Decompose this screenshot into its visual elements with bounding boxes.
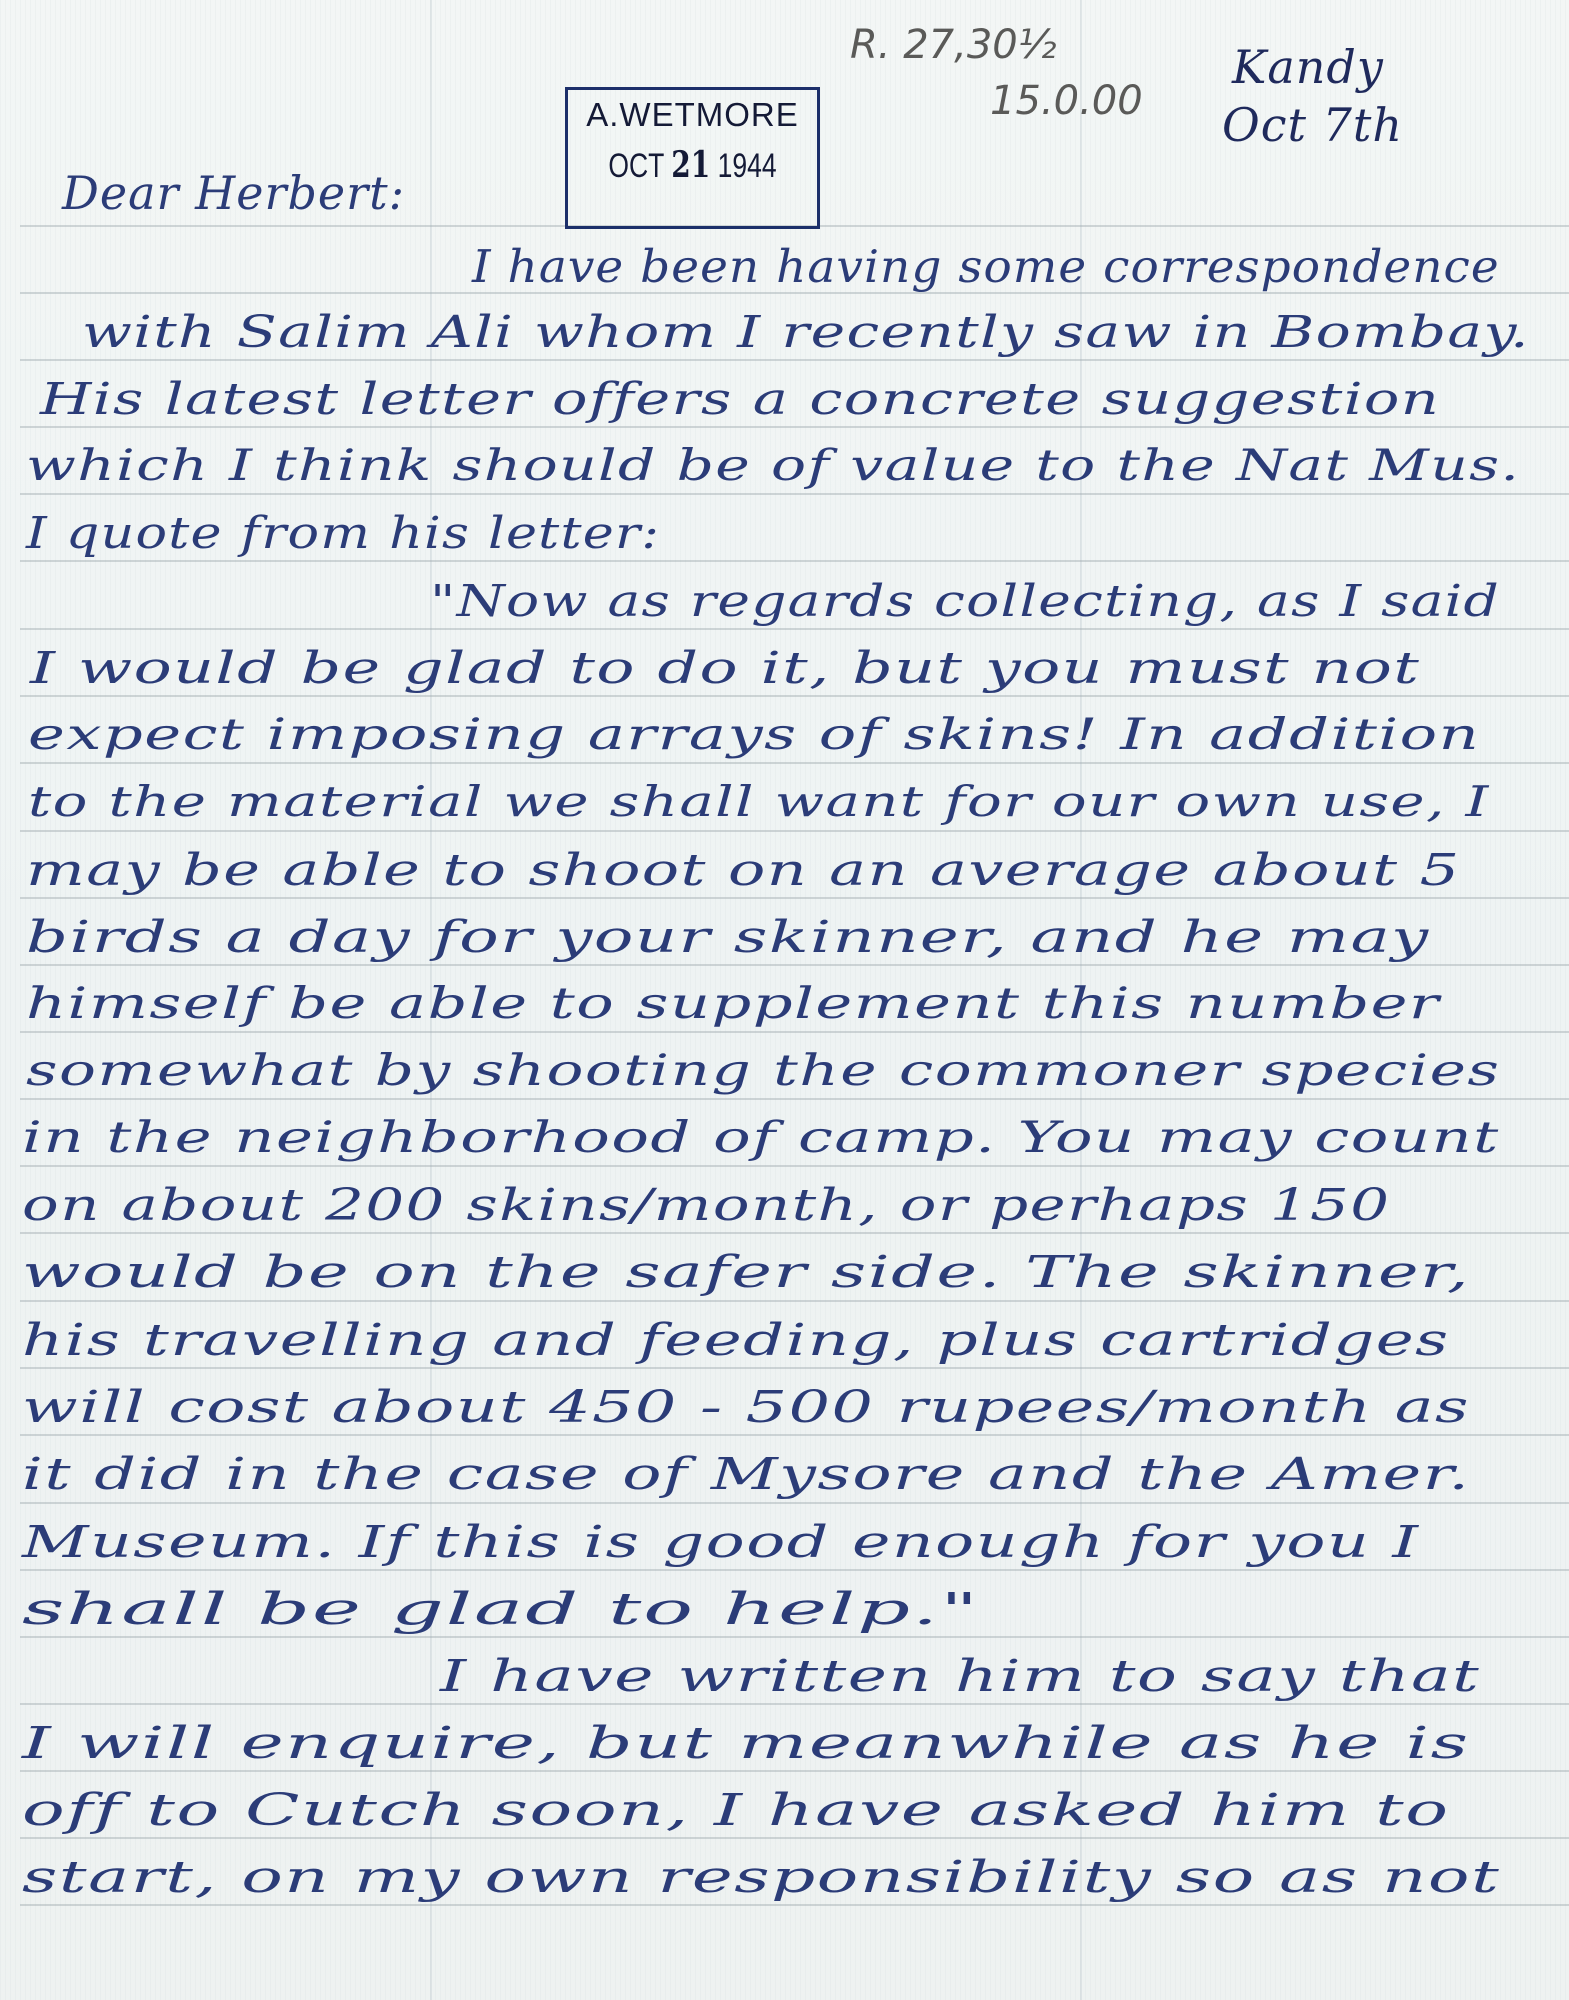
rule-line <box>20 628 1569 630</box>
rule-line <box>20 1837 1569 1839</box>
letter-line: on about 200 skins/month, or perhaps 150 <box>22 1180 1390 1231</box>
rule-line <box>20 493 1569 495</box>
letter-line: would be on the safer side. The skinner, <box>22 1247 1470 1298</box>
rule-line <box>20 1904 1569 1906</box>
rule-line <box>20 695 1569 697</box>
letter-line: expect imposing arrays of skins! In addi… <box>28 710 1480 760</box>
rule-line <box>20 830 1569 832</box>
letter-line: which I think should be of value to the … <box>26 441 1520 491</box>
rule-line <box>20 1703 1569 1705</box>
rule-line <box>20 1031 1569 1033</box>
letter-line: birds a day for your skinner, and he may <box>26 912 1430 963</box>
letter-line: I have written him to say that <box>440 1651 1480 1702</box>
letter-line: I will enquire, but meanwhile as he is <box>22 1718 1470 1769</box>
letter-place: Kandy <box>1232 40 1384 94</box>
rule-line <box>20 1569 1569 1571</box>
letter-line: may be able to shoot on an average about… <box>26 845 1460 896</box>
rule-line <box>20 1367 1569 1369</box>
letter-line: his travelling and feeding, plus cartrid… <box>22 1315 1450 1366</box>
letter-line: to the material we shall want for our ow… <box>28 777 1490 826</box>
letter-line: somewhat by shooting the commoner specie… <box>26 1046 1500 1096</box>
letter-line: in the neighborhood of camp. You may cou… <box>22 1113 1500 1163</box>
rule-line <box>20 426 1569 428</box>
rule-line <box>20 1232 1569 1234</box>
salutation: Dear Herbert: <box>62 166 405 220</box>
stamp-recipient-name: A.WETMORE <box>568 96 817 134</box>
letter-line: himself be able to supplement this numbe… <box>26 979 1440 1029</box>
received-date-stamp: A.WETMORE OCT 21 1944 <box>565 87 820 229</box>
rule-line <box>20 1434 1569 1436</box>
letter-line: it did in the case of Mysore and the Ame… <box>22 1449 1470 1500</box>
rule-line <box>20 1770 1569 1772</box>
rule-line <box>20 1300 1569 1302</box>
pencil-amount-note: 15.0.00 <box>990 78 1143 124</box>
rule-line <box>20 897 1569 899</box>
rule-line <box>20 1636 1569 1638</box>
letter-line: "Now as regards collecting, as I said <box>430 576 1500 627</box>
letter-line: shall be glad to help." <box>22 1584 980 1635</box>
letter-line: start, on my own responsibility so as no… <box>22 1852 1500 1903</box>
pencil-reference-note: R. 27,30½ <box>850 22 1057 68</box>
stamp-date: OCT 21 1944 <box>595 144 789 186</box>
letter-line: with Salim Ali whom I recently saw in Bo… <box>82 307 1530 358</box>
rule-line <box>20 964 1569 966</box>
rule-line <box>20 1165 1569 1167</box>
rule-line <box>20 1098 1569 1100</box>
rule-line <box>20 762 1569 764</box>
letter-line: I have been having some correspondence <box>472 240 1500 293</box>
letter-line: I would be glad to do it, but you must n… <box>30 643 1420 694</box>
letter-date: Oct 7th <box>1222 98 1403 152</box>
letter-line: Museum. If this is good enough for you I <box>22 1517 1420 1568</box>
letter-line: His latest letter offers a concrete sugg… <box>40 374 1440 425</box>
letter-line: off to Cutch soon, I have asked him to <box>22 1785 1450 1836</box>
letter-line: I quote from his letter: <box>26 508 660 559</box>
rule-line <box>20 359 1569 361</box>
letter-line: will cost about 450 - 500 rupees/month a… <box>22 1382 1470 1433</box>
rule-line <box>20 1502 1569 1504</box>
rule-line <box>20 560 1569 562</box>
